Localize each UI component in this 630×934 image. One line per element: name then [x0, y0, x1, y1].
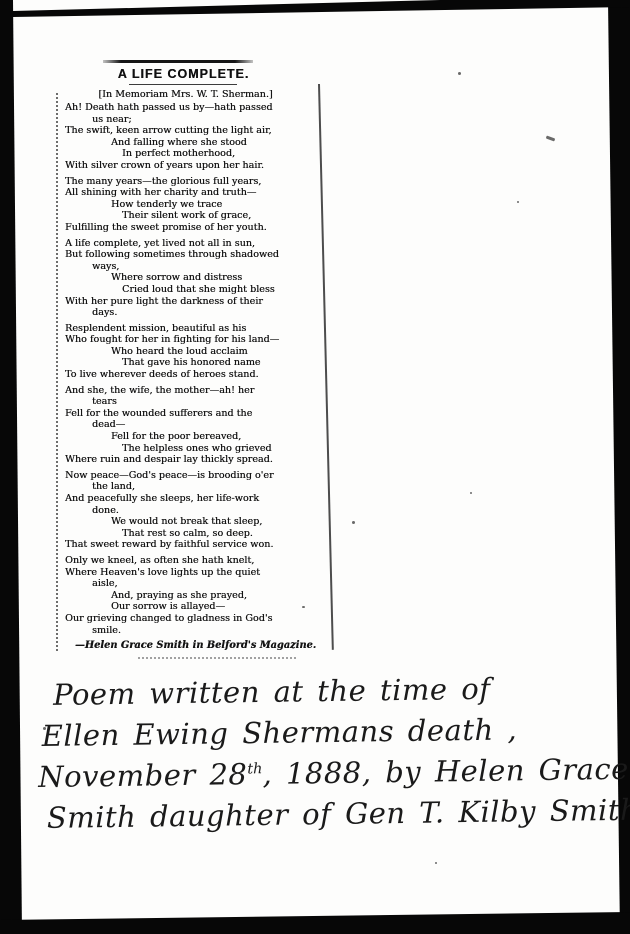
poem-line: Fell for the poor bereaved, — [111, 431, 330, 443]
poem-line: The swift, keen arrow cutting the light … — [65, 125, 330, 137]
poem-line: The helpless ones who grieved — [122, 443, 330, 455]
poem-line: the land, — [92, 481, 330, 493]
handwriting-text: , 1888, by Helen Grace — [262, 752, 629, 791]
handwriting-line: Smith daughter of Gen T. Kilby Smith — [47, 793, 620, 842]
poem-line: ways, — [92, 261, 330, 273]
poem-stanza: Only we kneel, as often she hath knelt,W… — [65, 555, 330, 636]
scan-speck — [352, 521, 355, 524]
poem-line: A life complete, yet lived not all in su… — [65, 238, 330, 250]
scan-speck — [546, 136, 555, 142]
poem-title: A LIFE COMPLETE. — [67, 67, 300, 81]
handwriting-text: Poem written at the time of — [53, 672, 491, 712]
handwriting-superscript: th — [247, 761, 262, 777]
poem-line: All shining with her charity and truth— — [65, 187, 330, 199]
clipping-left-border — [56, 93, 58, 651]
poem-line: Now peace—God's peace—is brooding o'er — [65, 470, 330, 482]
handwritten-note: Poem written at the time ofEllen Ewing S… — [37, 670, 619, 842]
poem-stanza: Now peace—God's peace—is brooding o'erth… — [65, 470, 330, 551]
handwriting-text: Smith daughter of Gen T. Kilby Smith — [47, 793, 630, 835]
poem-line: Ah! Death hath passed us by—hath passed — [65, 102, 330, 114]
poem-line: To live wherever deeds of heroes stand. — [65, 369, 330, 381]
scan-speck — [470, 492, 472, 494]
poem-line: Cried loud that she might bless — [122, 284, 330, 296]
poem-line: With her pure light the darkness of thei… — [65, 296, 330, 308]
poem-line: Our sorrow is allayed— — [111, 601, 330, 613]
poem-attribution: —Helen Grace Smith in Belford's Magazine… — [75, 640, 330, 651]
poem-line: In perfect motherhood, — [122, 148, 330, 160]
poem-line: Where ruin and despair lay thickly sprea… — [65, 454, 330, 466]
newspaper-clipping: A LIFE COMPLETE. [In Memoriam Mrs. W. T.… — [57, 56, 330, 654]
poem-stanza: Ah! Death hath passed us by—hath passedu… — [65, 102, 330, 172]
poem-line: days. — [92, 307, 330, 319]
poem-stanza: A life complete, yet lived not all in su… — [65, 238, 330, 319]
poem-line: How tenderly we trace — [111, 199, 330, 211]
poem-line: Only we kneel, as often she hath knelt, — [65, 555, 330, 567]
poem-line: Resplendent mission, beautiful as his — [65, 323, 330, 335]
poem-line: done. — [92, 505, 330, 517]
poem-line: Where sorrow and distress — [111, 272, 330, 284]
handwriting-text: November 28 — [38, 757, 248, 794]
poem-line: us near; — [92, 114, 330, 126]
poem-line: We would not break that sleep, — [111, 516, 330, 528]
poem-line: And she, the wife, the mother—ah! her — [65, 385, 330, 397]
poem-stanza: Resplendent mission, beautiful as hisWho… — [65, 323, 330, 381]
poem-line: dead— — [92, 419, 330, 431]
poem-line: With silver crown of years upon her hair… — [65, 160, 330, 172]
scan-speck — [517, 201, 519, 203]
title-underline-rule — [129, 84, 237, 86]
poem-body: Ah! Death hath passed us by—hath passedu… — [65, 102, 330, 636]
poem-line: Fell for the wounded sufferers and the — [65, 408, 330, 420]
poem-line: But following sometimes through shadowed — [65, 249, 330, 261]
scan-speck — [435, 862, 437, 864]
poem-line: That gave his honored name — [122, 357, 330, 369]
poem-dedication: [In Memoriam Mrs. W. T. Sherman.] — [65, 89, 306, 100]
poem-line: aisle, — [92, 578, 330, 590]
poem-line: And peacefully she sleeps, her life-work — [65, 493, 330, 505]
poem-line: That sweet reward by faithful service wo… — [65, 539, 330, 551]
poem-stanza: And she, the wife, the mother—ah! hertea… — [65, 385, 330, 466]
poem-line: And, praying as she prayed, — [111, 590, 330, 602]
poem-line: Where Heaven's love lights up the quiet — [65, 567, 330, 579]
poem-line: And falling where she stood — [111, 137, 330, 149]
poem-line: Fulfilling the sweet promise of her yout… — [65, 222, 330, 234]
poem-line: Who fought for her in fighting for his l… — [65, 334, 330, 346]
poem-line: Who heard the loud acclaim — [111, 346, 330, 358]
poem-line: Their silent work of grace, — [122, 210, 330, 222]
scan-speck — [458, 72, 461, 75]
ornamental-rule-top — [103, 60, 253, 63]
poem-line: smile. — [92, 625, 330, 637]
poem-line: The many years—the glorious full years, — [65, 176, 330, 188]
handwriting-text: Ellen Ewing Shermans death , — [41, 712, 517, 753]
scan-noise-dots — [138, 657, 296, 659]
poem-stanza: The many years—the glorious full years,A… — [65, 176, 330, 234]
poem-line: Our grieving changed to gladness in God'… — [65, 613, 330, 625]
poem-line: tears — [92, 396, 330, 408]
poem-line: That rest so calm, so deep. — [122, 528, 330, 540]
